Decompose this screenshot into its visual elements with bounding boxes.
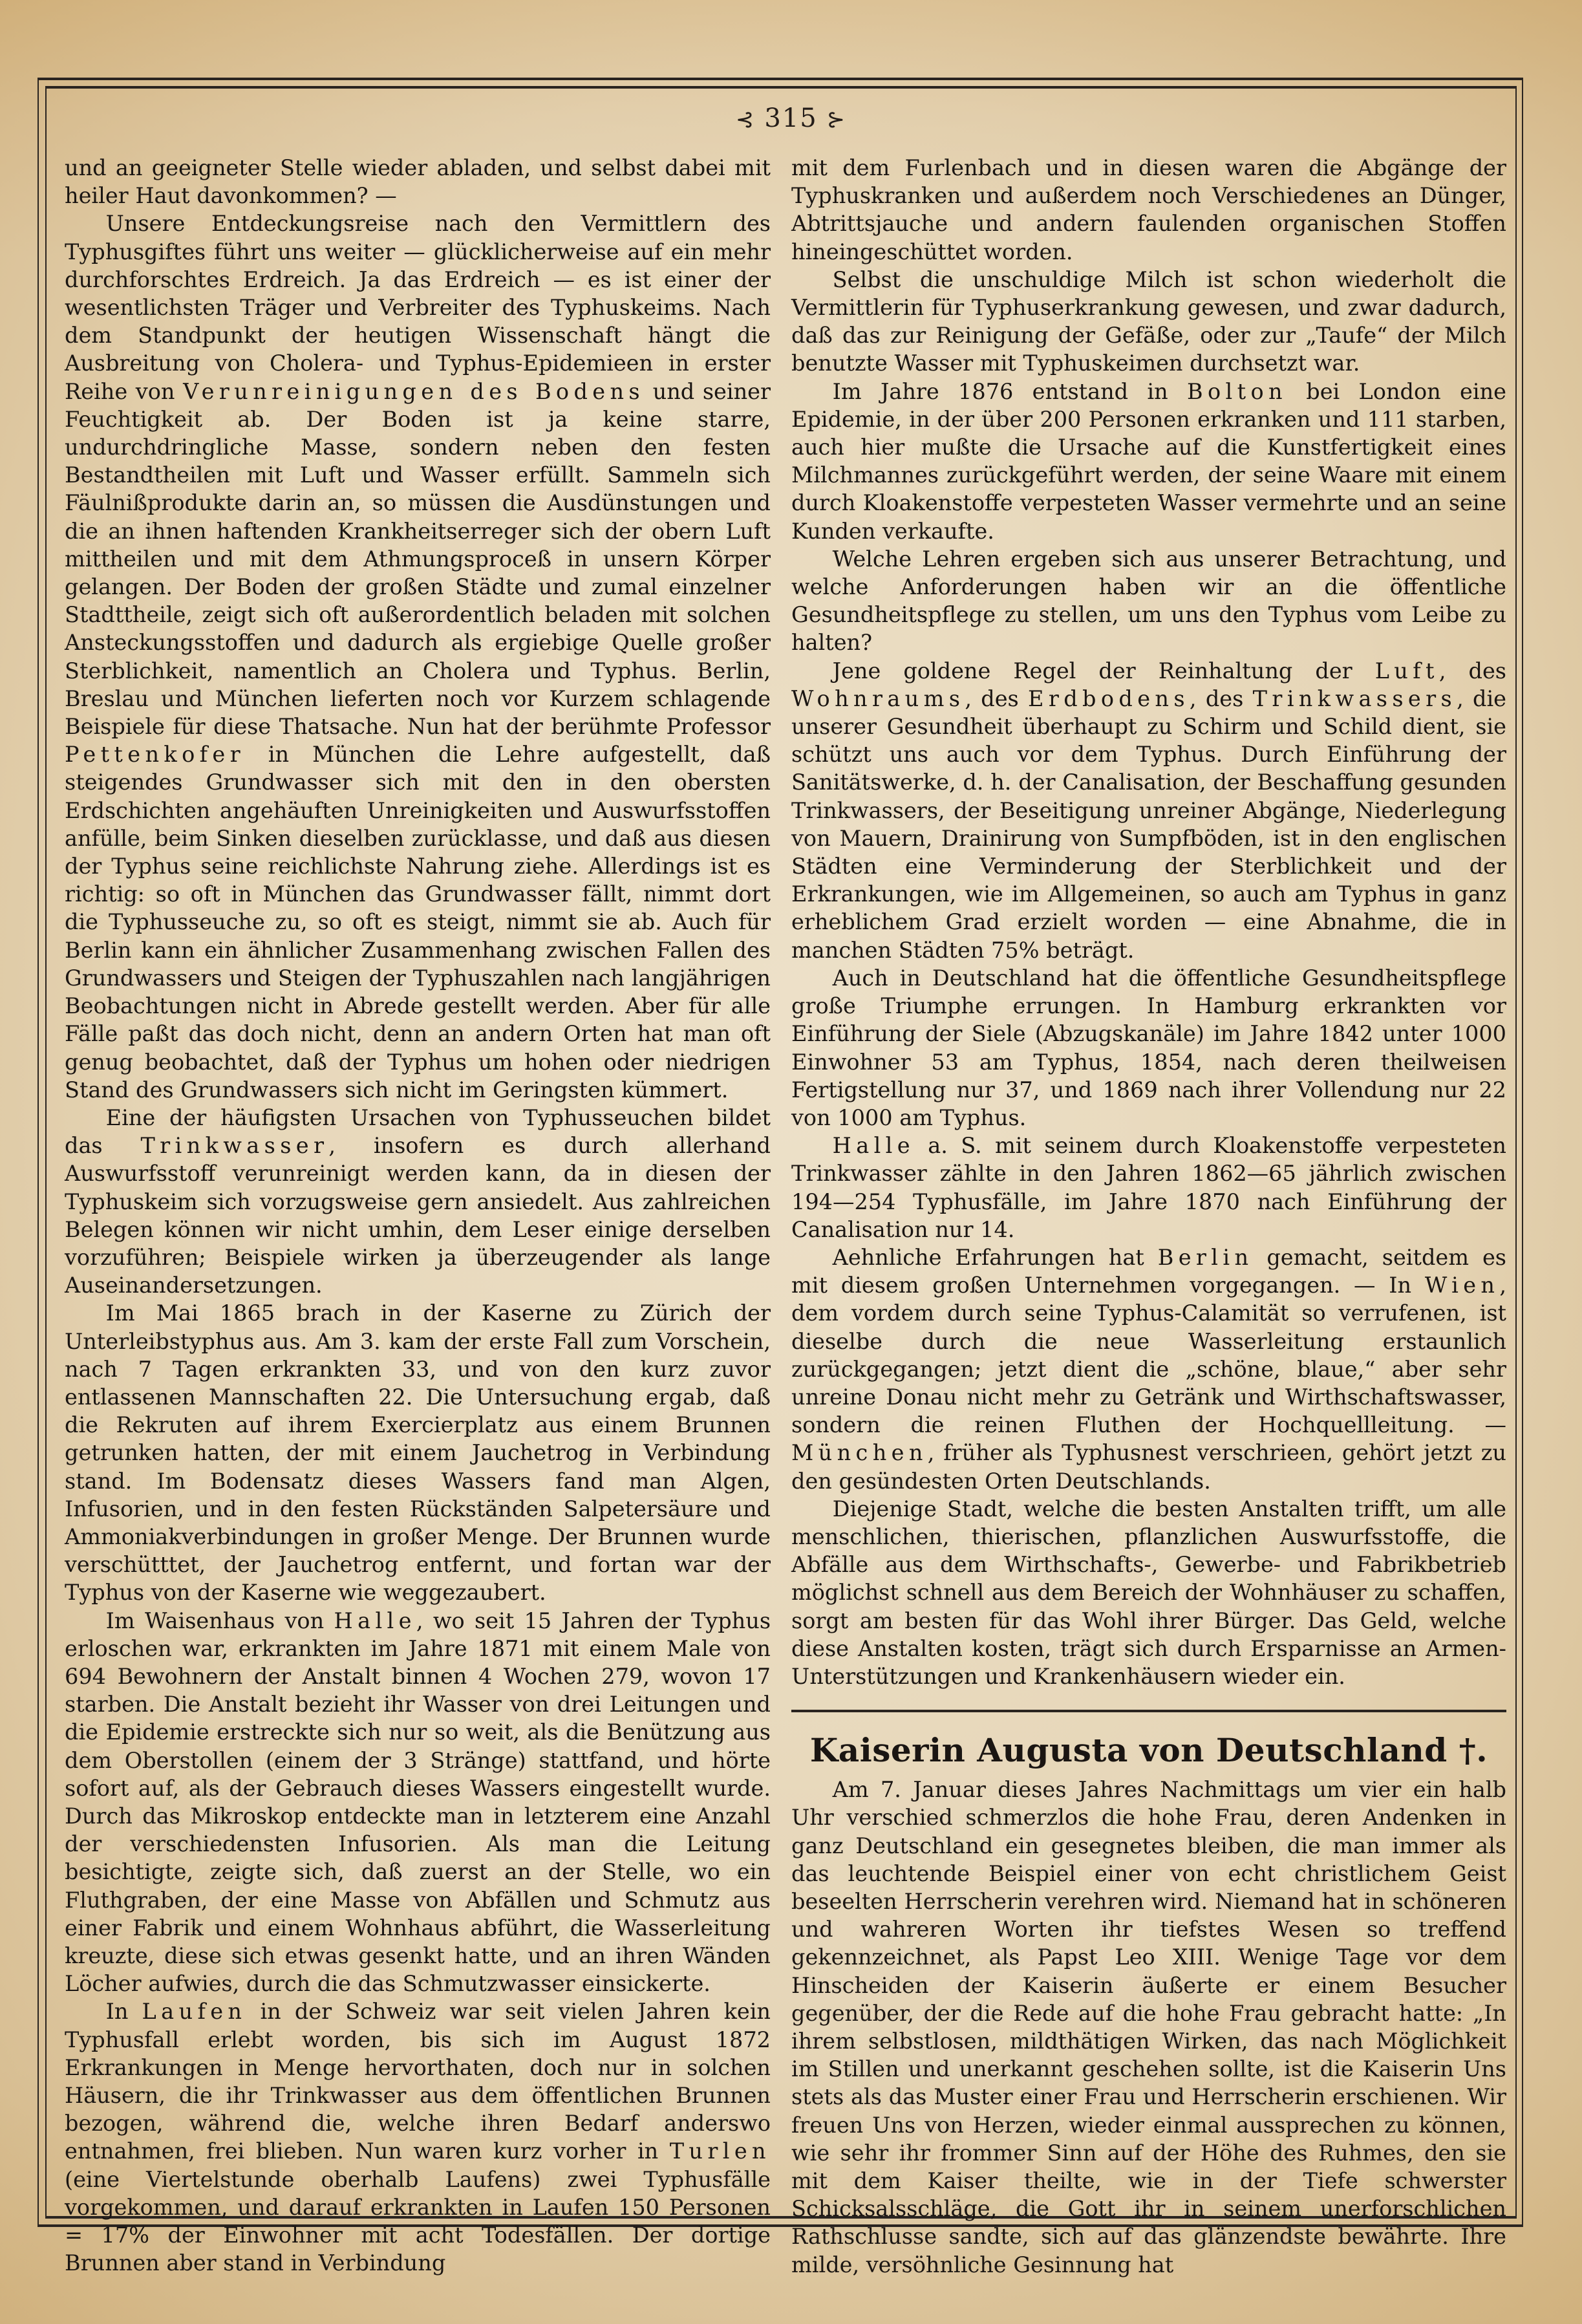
emphasis-text: Wien (1425, 1273, 1499, 1298)
paragraph-text: Selbst die unschuldige Milch ist schon w… (791, 267, 1506, 376)
emphasis-text: Turlen (670, 2138, 771, 2164)
paragraph: Am 7. Januar dieses Jahres Nachmittags u… (791, 1776, 1506, 2279)
emphasis-text: Laufen (142, 1999, 247, 2024)
paragraph-text: In (106, 1999, 142, 2024)
emphasis-text: Erdbodens (1028, 686, 1190, 711)
paragraph-text: Diejenige Stadt, welche die besten Ansta… (791, 1496, 1506, 1689)
paragraph: Aehnliche Erfahrungen hat Berlin gemacht… (791, 1243, 1506, 1495)
paragraph: Unsere Entdeckungsreise nach den Vermitt… (65, 210, 771, 1104)
paragraph-text: und seiner Feuchtigkeit ab. Der Boden is… (65, 379, 771, 739)
emphasis-text: Bolton (1187, 379, 1287, 404)
emphasis-text: München (791, 1440, 928, 1465)
paragraph: und an geeigneter Stelle wieder abladen,… (65, 154, 771, 210)
emphasis-text: Wohnraums (791, 686, 965, 711)
emphasis-text: Trinkwassers (1253, 686, 1457, 711)
paragraph-text: mit dem Furlenbach und in diesen waren d… (791, 155, 1506, 264)
paragraph-text: , des (1190, 686, 1253, 711)
paragraph: Welche Lehren ergeben sich aus unserer B… (791, 545, 1506, 657)
paragraph-text: Auch in Deutschland hat die öffentliche … (791, 965, 1506, 1130)
ornament-left-icon: ⊰ (736, 107, 756, 133)
paragraph: Im Mai 1865 brach in der Kaserne zu Züri… (65, 1299, 771, 1606)
paragraph-text: Im Jahre 1876 entstand in (833, 379, 1187, 404)
paragraph: Auch in Deutschland hat die öffentliche … (791, 964, 1506, 1132)
paragraph-text: Jene goldene Regel der Reinhaltung der (833, 658, 1375, 683)
paragraph-text: Im Mai 1865 brach in der Kaserne zu Züri… (65, 1300, 771, 1605)
paragraph-text: , die unserer Gesundheit überhaupt zu Sc… (791, 686, 1506, 963)
emphasis-text: Luft (1375, 658, 1439, 683)
emphasis-text: Trinkwasser (140, 1133, 328, 1158)
page-number-header: ⊰315⊱ (0, 103, 1582, 133)
article-title: Kaiserin Augusta von Deutschland †. (791, 1729, 1506, 1772)
paragraph: Im Jahre 1876 entstand in Bolton bei Lon… (791, 378, 1506, 545)
paragraph-text: und an geeigneter Stelle wieder abladen,… (65, 155, 771, 208)
paragraph-text: Welche Lehren ergeben sich aus unserer B… (791, 546, 1506, 656)
emphasis-text: Pettenkofer (65, 742, 245, 767)
emphasis-text: Halle (334, 1608, 416, 1633)
paragraph-text: Aehnliche Erfahrungen hat (833, 1245, 1158, 1270)
paragraph-text: Unsere Entdeckungsreise nach den Vermitt… (65, 211, 771, 403)
emphasis-text: Halle (833, 1133, 915, 1158)
left-column: und an geeigneter Stelle wieder abladen,… (65, 154, 771, 2277)
paragraph-text: in München die Lehre aufgestellt, daß st… (65, 742, 771, 1102)
paragraph: Jene goldene Regel der Reinhaltung der L… (791, 657, 1506, 964)
paragraph: mit dem Furlenbach und in diesen waren d… (791, 154, 1506, 266)
ornament-right-icon: ⊱ (827, 107, 847, 133)
emphasis-text: Berlin (1158, 1245, 1254, 1270)
paragraph-text: , wo seit 15 Jahren der Typhus erloschen… (65, 1608, 771, 1997)
emphasis-text: Verunreinigungen des Bodens (183, 379, 645, 404)
paragraph-text: , des (1439, 658, 1506, 683)
right-column: mit dem Furlenbach und in diesen waren d… (791, 154, 1506, 2279)
paragraph-text: , des (965, 686, 1028, 711)
page-number: 315 (764, 103, 817, 133)
paragraph: Diejenige Stadt, welche die besten Ansta… (791, 1495, 1506, 1690)
paragraph-text: (eine Viertelstunde oberhalb Laufens) zw… (65, 2167, 771, 2276)
paragraph: Selbst die unschuldige Milch ist schon w… (791, 266, 1506, 378)
section-divider (791, 1710, 1506, 1712)
paragraph-text: Am 7. Januar dieses Jahres Nachmittags u… (791, 1777, 1506, 2277)
paragraph: In Laufen in der Schweiz war seit vielen… (65, 1997, 771, 2277)
paragraph: Eine der häufigsten Ursachen von Typhuss… (65, 1104, 771, 1299)
paragraph-text: Im Waisenhaus von (106, 1608, 334, 1633)
paragraph: Halle a. S. mit seinem durch Kloakenstof… (791, 1132, 1506, 1243)
paragraph: Im Waisenhaus von Halle, wo seit 15 Jahr… (65, 1607, 771, 1998)
